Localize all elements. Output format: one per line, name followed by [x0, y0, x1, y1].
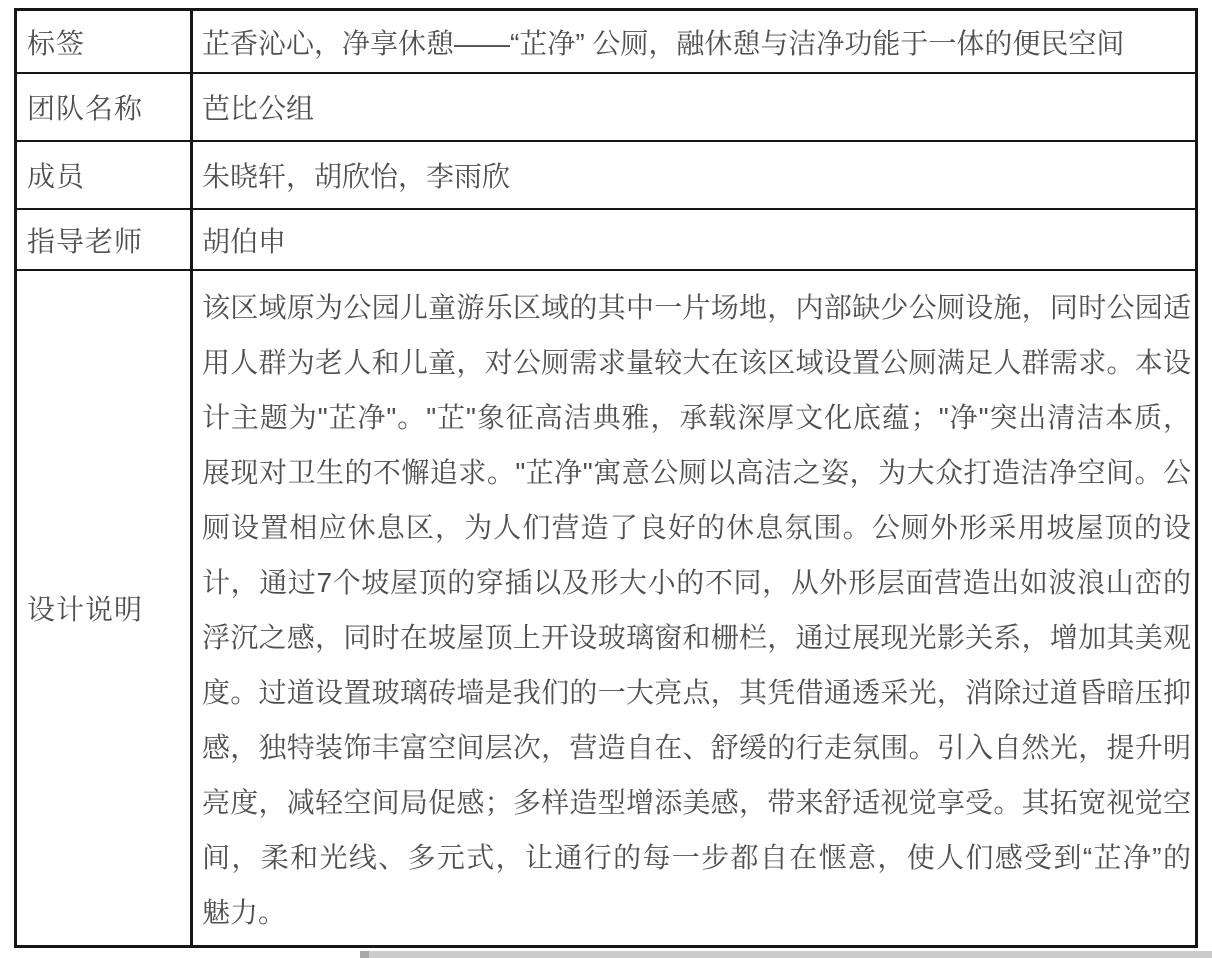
row-value-tag: 芷香沁心，净享休憩——“芷净” 公厕，融休憩与洁净功能于一体的便民空间	[193, 11, 1195, 72]
description-line: 浮沉之感，同时在坡屋顶上开设玻璃窗和栅栏，通过展现光影关系，增加其美观	[202, 610, 1191, 665]
table-row-members: 成员 朱晓轩，胡欣怡，李雨欣	[17, 142, 1195, 210]
row-value-team-name: 芭比公组	[193, 74, 1195, 140]
table-row-team-name: 团队名称 芭比公组	[17, 74, 1195, 142]
row-label-members: 成员	[17, 142, 193, 208]
description-line: 展现对卫生的不懈追求。"芷净"寓意公厕以高洁之姿，为大众打造洁净空间。公	[202, 445, 1191, 500]
row-value-advisor: 胡伯申	[193, 210, 1195, 269]
description-line: 计主题为"芷净"。"芷"象征高洁典雅，承载深厚文化底蕴；"净"突出清洁本质，	[202, 390, 1191, 445]
row-value-members: 朱晓轩，胡欣怡，李雨欣	[193, 142, 1195, 208]
description-line: 间，柔和光线、多元式，让通行的每一步都自在惬意，使人们感受到“芷净”的	[202, 830, 1191, 885]
table-row-design-description: 设计说明 该区域原为公园儿童游乐区域的其中一片场地，内部缺少公厕设施，同时公园适…	[17, 271, 1195, 945]
row-label-tag: 标签	[17, 11, 193, 72]
row-label-advisor: 指导老师	[17, 210, 193, 269]
description-line: 厕设置相应休息区，为人们营造了良好的休息氛围。公厕外形采用坡屋顶的设	[202, 500, 1191, 555]
cropped-element-corner	[360, 951, 369, 958]
row-label-design-description: 设计说明	[17, 271, 193, 945]
table-row-tag: 标签 芷香沁心，净享休憩——“芷净” 公厕，融休憩与洁净功能于一体的便民空间	[17, 11, 1195, 74]
description-line: 度。过道设置玻璃砖墙是我们的一大亮点，其凭借通透采光，消除过道昏暗压抑	[202, 665, 1191, 720]
description-line: 亮度，减轻空间局促感；多样造型增添美感，带来舒适视觉享受。其拓宽视觉空	[202, 775, 1191, 830]
description-line: 计，通过7个坡屋顶的穿插以及形大小的不同，从外形层面营造出如波浪山峦的	[202, 555, 1191, 610]
project-info-table: 标签 芷香沁心，净享休憩——“芷净” 公厕，融休憩与洁净功能于一体的便民空间 团…	[14, 8, 1198, 948]
description-line: 用人群为老人和儿童，对公厕需求量较大在该区域设置公厕满足人群需求。本设	[202, 335, 1191, 390]
description-line: 该区域原为公园儿童游乐区域的其中一片场地，内部缺少公厕设施，同时公园适	[202, 280, 1191, 335]
document-page: { "colors": { "table_border": "#161616",…	[0, 0, 1212, 958]
description-line: 魅力。	[202, 885, 1191, 940]
table-row-advisor: 指导老师 胡伯申	[17, 210, 1195, 271]
row-value-design-description: 该区域原为公园儿童游乐区域的其中一片场地，内部缺少公厕设施，同时公园适 用人群为…	[193, 271, 1195, 945]
description-line: 感，独特装饰丰富空间层次，营造自在、舒缓的行走氛围。引入自然光，提升明	[202, 720, 1191, 775]
cropped-element-top-edge	[360, 951, 1212, 958]
row-label-team-name: 团队名称	[17, 74, 193, 140]
